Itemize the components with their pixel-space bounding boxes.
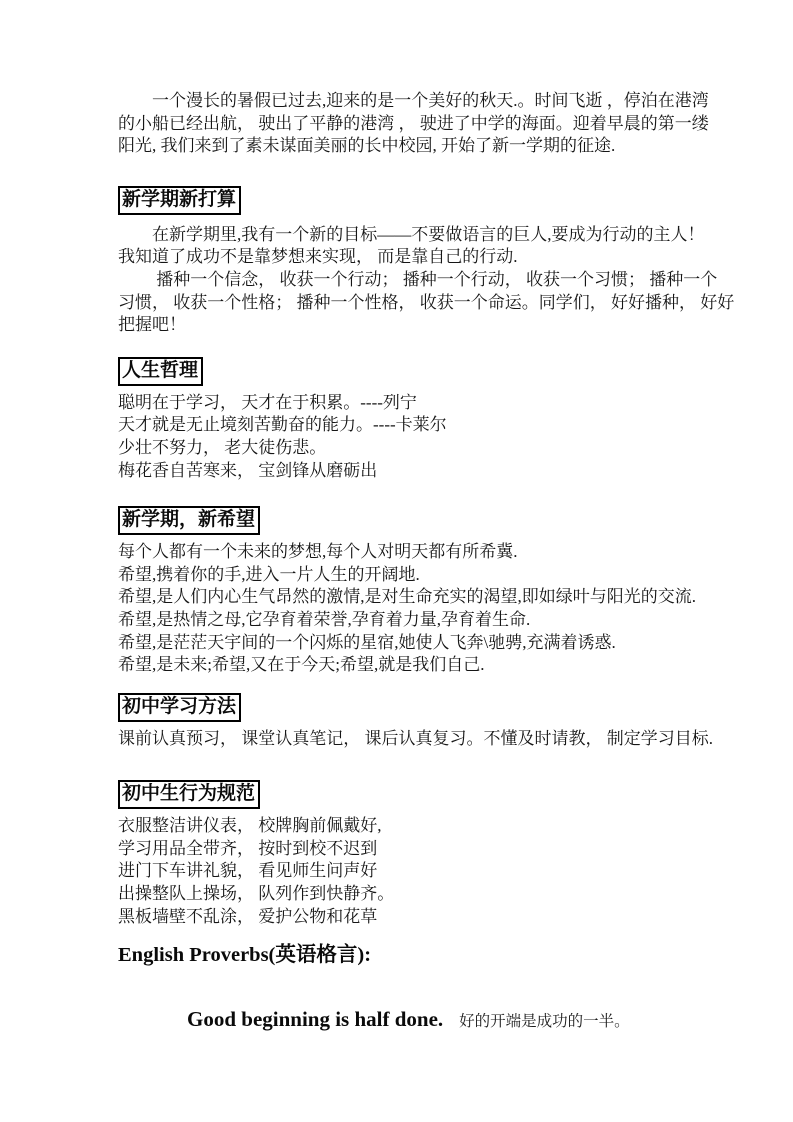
section-behavior-rules: 初中生行为规范 — [118, 780, 693, 809]
text-line: 课前认真预习， 课堂认真笔记， 课后认真复习。不懂及时请教， 制定学习目标. — [118, 728, 693, 751]
proverb-english-text: Good beginning is half done. — [187, 1007, 443, 1031]
text-line: 少壮不努力， 老大徒伤悲。 — [118, 437, 693, 460]
text-line: 进门下车讲礼貌， 看见师生问声好 — [118, 860, 693, 883]
section-heading-study-methods: 初中学习方法 — [118, 693, 241, 722]
document-page: 一个漫长的暑假已过去,迎来的是一个美好的秋天.。时间飞逝 ，停泊在港湾 的小船已… — [0, 0, 793, 1122]
text-line: 我知道了成功不是靠梦想来实现， 而是靠自己的行动. — [118, 246, 693, 269]
section-life-philosophy: 人生哲理 — [118, 357, 693, 386]
section-new-hope: 新学期，新希望 — [118, 506, 693, 535]
section-heading-new-hope: 新学期，新希望 — [118, 506, 260, 535]
text-line: 希望,是热情之母,它孕育着荣誉,孕育着力量,孕育着生命. — [118, 609, 693, 632]
text-line: 出操整队上操场， 队列作到快静齐。 — [118, 883, 693, 906]
text-line: 聪明在于学习， 天才在于积累。----列宁 — [118, 392, 693, 415]
section-body-new-hope: 每个人都有一个未来的梦想,每个人对明天都有所希冀. 希望,携着你的手,进入一片人… — [118, 541, 693, 677]
section-heading-life-philosophy: 人生哲理 — [118, 357, 203, 386]
text-line: 每个人都有一个未来的梦想,每个人对明天都有所希冀. — [118, 541, 693, 564]
text-line: 习惯， 收获一个性格； 播种一个性格， 收获一个命运。同学们， 好好播种， 好好 — [118, 292, 693, 315]
text-line: 阳光, 我们来到了素未谋面美丽的长中校园, 开始了新一学期的征途. — [118, 135, 693, 158]
english-proverbs-heading: English Proverbs(英语格言): — [118, 942, 693, 969]
text-line: 衣服整洁讲仪表， 校牌胸前佩戴好, — [118, 815, 693, 838]
text-line: 希望,是未来;希望,又在于今天;希望,就是我们自己. — [118, 654, 693, 677]
section-body-life-philosophy: 聪明在于学习， 天才在于积累。----列宁 天才就是无止境刻苦勤奋的能力。---… — [118, 392, 693, 482]
proverb-chinese-translation: 好的开端是成功的一半。 — [459, 1013, 630, 1030]
text-line: 黑板墙壁不乱涂， 爱护公物和花草 — [118, 906, 693, 929]
text-line: 希望,是茫茫天宇间的一个闪烁的星宿,她使人飞奔\驰骋,充满着诱惑. — [118, 632, 693, 655]
text-line: 把握吧！ — [118, 314, 693, 337]
text-line: 播种一个信念， 收获一个行动； 播种一个行动， 收获一个习惯； 播种一个 — [118, 269, 693, 292]
text-line: 梅花香自苦寒来， 宝剑锋从磨砺出 — [118, 460, 693, 483]
section-new-semester-plan: 新学期新打算 — [118, 186, 693, 215]
section-body-new-semester-plan: 在新学期里,我有一个新的目标——不要做语言的巨人,要成为行动的主人！ 我知道了成… — [118, 224, 693, 337]
text-line: 学习用品全带齐， 按时到校不迟到 — [118, 838, 693, 861]
section-study-methods: 初中学习方法 — [118, 693, 693, 722]
section-body-study-methods: 课前认真预习， 课堂认真笔记， 课后认真复习。不懂及时请教， 制定学习目标. — [118, 728, 693, 751]
text-line: 在新学期里,我有一个新的目标——不要做语言的巨人,要成为行动的主人！ — [118, 224, 693, 247]
proverb-line: Good beginning is half done.好的开端是成功的一半。 — [171, 989, 693, 1050]
text-line: 希望,携着你的手,进入一片人生的开阔地. — [118, 564, 693, 587]
section-heading-behavior-rules: 初中生行为规范 — [118, 780, 260, 809]
text-line: 天才就是无止境刻苦勤奋的能力。----卡莱尔 — [118, 414, 693, 437]
text-line: 一个漫长的暑假已过去,迎来的是一个美好的秋天.。时间飞逝 ，停泊在港湾 — [118, 90, 693, 113]
section-heading-new-semester-plan: 新学期新打算 — [118, 186, 241, 215]
section-body-behavior-rules: 衣服整洁讲仪表， 校牌胸前佩戴好, 学习用品全带齐， 按时到校不迟到 进门下车讲… — [118, 815, 693, 928]
intro-paragraph: 一个漫长的暑假已过去,迎来的是一个美好的秋天.。时间飞逝 ，停泊在港湾 的小船已… — [118, 90, 693, 158]
text-line: 的小船已经出航， 驶出了平静的港湾 ， 驶进了中学的海面。迎着早晨的第一缕 — [118, 113, 693, 136]
text-line: 希望,是人们内心生气昂然的激情,是对生命充实的渴望,即如绿叶与阳光的交流. — [118, 586, 693, 609]
